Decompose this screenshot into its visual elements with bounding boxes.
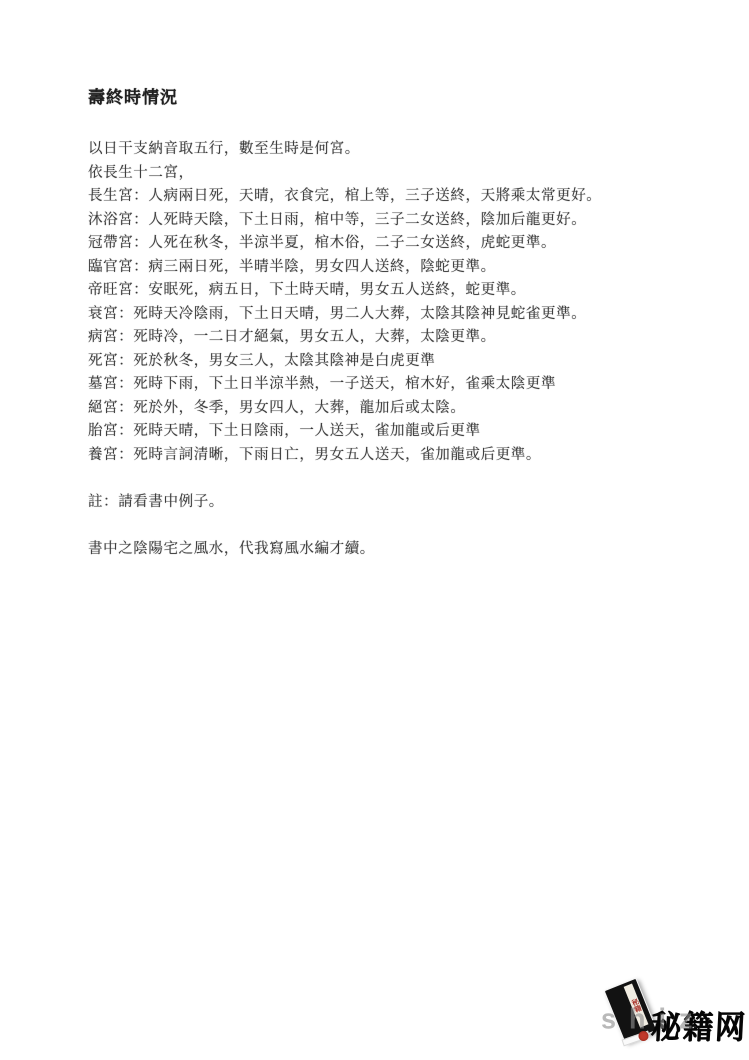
palace-line-mu: 墓宮：死時下雨，下土日半涼半熱，一子送天，棺木好，雀乘太陰更準 bbox=[88, 373, 688, 397]
palace-line-yang: 養宮：死時言詞清晰，下雨日亡，男女五人送天，雀加龍或后更準。 bbox=[88, 444, 688, 468]
document-content: 壽終時情況 以日干支納音取五行，數至生時是何宮。 依長生十二宮， 長生宮：人病兩… bbox=[88, 88, 688, 561]
palace-line-jue: 絕宮：死於外，冬季，男女四人，大葬，龍加后或太陰。 bbox=[88, 397, 688, 421]
palace-line-shuai: 衰宮：死時天冷陰雨，下土日天晴，男二人大葬，太陰其陰神見蛇雀更準。 bbox=[88, 303, 688, 327]
palace-line-changsheng: 長生宮：人病兩日死，天晴，衣食完，棺上等，三子送終，天將乘太常更好。 bbox=[88, 185, 688, 209]
document-page: 壽終時情況 以日干支納音取五行，數至生時是何宮。 依長生十二宮， 長生宮：人病兩… bbox=[0, 0, 749, 1060]
palace-line-guandai: 冠帶宮：人死在秋冬，半涼半夏，棺木俗，二子二女送終，虎蛇更準。 bbox=[88, 232, 688, 256]
palace-line-diwang: 帝旺宮：安眠死，病五日，下土時天晴，男女五人送終，蛇更準。 bbox=[88, 279, 688, 303]
watermark-overlay-letters: shiz bbox=[601, 1003, 706, 1036]
intro-line-1: 以日干支納音取五行，數至生時是何宮。 bbox=[88, 138, 688, 162]
palace-line-linguan: 臨官宮：病三兩日死，半晴半陰，男女四人送終，陰蛇更準。 bbox=[88, 256, 688, 280]
closing-line: 書中之陰陽宅之風水，代我寫風水編才續。 bbox=[88, 538, 688, 562]
intro-line-2: 依長生十二宮， bbox=[88, 162, 688, 186]
note-line: 註：請看書中例子。 bbox=[88, 491, 688, 515]
publisher-watermark: 秘籍 shiz 秘籍网 bbox=[601, 980, 747, 1056]
palace-line-muyu: 沐浴宮：人死時天陰，下土日雨，棺中等，三子二女送終，陰加后龍更好。 bbox=[88, 209, 688, 233]
palace-line-si: 死宮：死於秋冬，男女三人，太陰其陰神是白虎更準 bbox=[88, 350, 688, 374]
palace-line-tai: 胎宮：死時天晴，下土日陰雨，一人送天，雀加龍或后更準 bbox=[88, 420, 688, 444]
document-title: 壽終時情況 bbox=[88, 88, 688, 108]
palace-line-bing: 病宮：死時冷，一二日才絕氣，男女五人，大葬，太陰更準。 bbox=[88, 326, 688, 350]
